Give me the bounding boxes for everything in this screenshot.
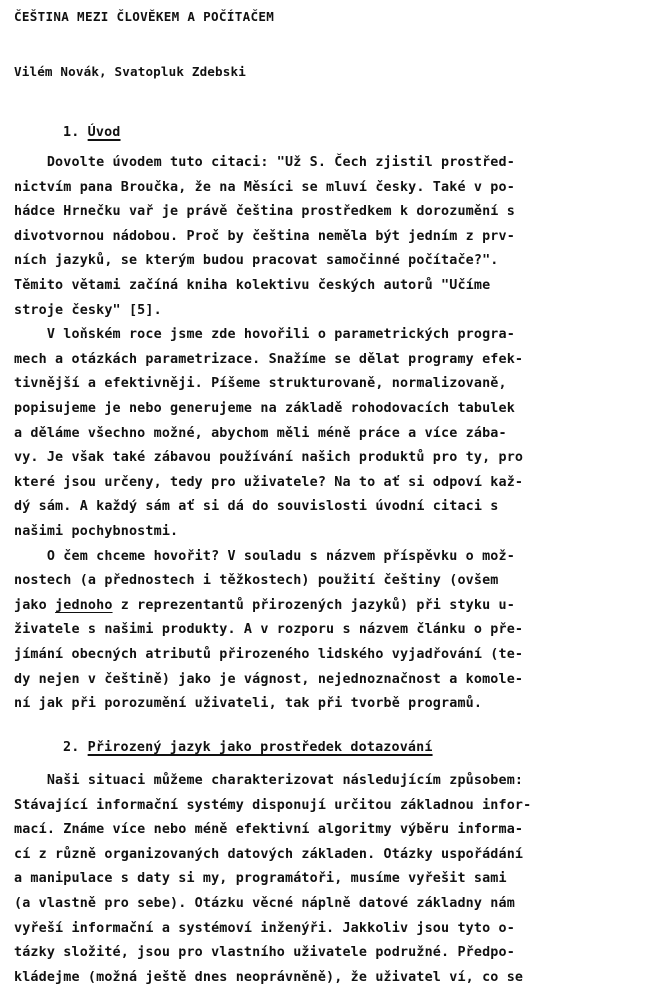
document-authors: Vilém Novák, Svatopluk Zdebski [14, 64, 246, 80]
text-line: nictvím pana Broučka, že na Měsíci se ml… [14, 180, 515, 196]
text-line: mací. Známe více nebo méně efektivní alg… [14, 822, 523, 838]
document-page: ČEŠTINA MEZI ČLOVĚKEM A POČÍTAČEM Vilém … [0, 0, 657, 998]
text-line: našimi pochybnostmi. [14, 524, 178, 540]
text-line: (a vlastně pro sebe). Otázku věcné nápln… [14, 896, 515, 912]
text-line: které jsou určeny, tedy pro uživatele? N… [14, 475, 523, 491]
text-line: cí z různě organizovaných datových zákla… [14, 847, 523, 863]
section-2-title: Přirozený jazyk jako prostředek dotazová… [88, 740, 433, 755]
text-line: ních jazyků, se kterým budou pracovat sa… [14, 253, 499, 269]
text-line: divotvornou nádobou. Proč by čeština nem… [14, 229, 515, 245]
text-line: kládejme (možná ještě dnes neoprávněně),… [14, 970, 523, 986]
text-line: Těmito větami začíná kniha kolektivu čes… [14, 278, 490, 294]
section-1-number: 1. [63, 125, 79, 140]
text-line: V loňském roce jsme zde hovořili o param… [14, 327, 515, 343]
section-1-title: Úvod [88, 125, 121, 140]
text-line: nostech (a přednostech i těžkostech) pou… [14, 573, 499, 589]
text-line: živatele s našimi produkty. A v rozporu … [14, 622, 523, 638]
text-line: jímání obecných atributů přirozeného lid… [14, 647, 523, 663]
text-line: vy. Je však také zábavou používání našic… [14, 450, 523, 466]
text-line: stroje česky" [5]. [14, 303, 162, 319]
text-line: O čem chceme hovořit? V souladu s názvem… [14, 549, 515, 565]
text-line: hádce Hrnečku vař je právě čeština prost… [14, 204, 515, 220]
text-line: popisujeme je nebo generujeme na základě… [14, 401, 515, 417]
text-line: Naši situaci můžeme charakterizovat násl… [14, 773, 523, 789]
section-1-heading: 1. Úvod [63, 125, 121, 141]
text-line: ní jak při porozumění uživateli, tak při… [14, 696, 482, 712]
text-line: tázky složité, jsou pro vlastního uživat… [14, 945, 515, 961]
emphasis-text: jednoho [55, 598, 112, 613]
text-line: jako jednoho z reprezentantů přirozených… [14, 598, 515, 614]
text-line: dy nejen v češtině) jako je vágnost, nej… [14, 672, 523, 688]
text-line: tivnější a efektivněji. Píšeme strukturo… [14, 376, 507, 392]
text-line: a děláme všechno možné, abychom měli mén… [14, 426, 507, 442]
section-2-heading: 2. Přirozený jazyk jako prostředek dotaz… [63, 740, 433, 756]
section-2-number: 2. [63, 740, 79, 755]
text-line: mech a otázkách parametrizace. Snažíme s… [14, 352, 523, 368]
text-line: vyřeší informační a systémoví inženýři. … [14, 921, 515, 937]
text-line: dý sám. A každý sám ať si dá do souvislo… [14, 499, 499, 515]
text-line: Stávající informační systémy disponují u… [14, 798, 531, 814]
document-title: ČEŠTINA MEZI ČLOVĚKEM A POČÍTAČEM [14, 9, 274, 25]
text-line: a manipulace s daty si my, programátoři,… [14, 871, 507, 887]
text-line: Dovolte úvodem tuto citaci: "Už S. Čech … [14, 155, 515, 171]
